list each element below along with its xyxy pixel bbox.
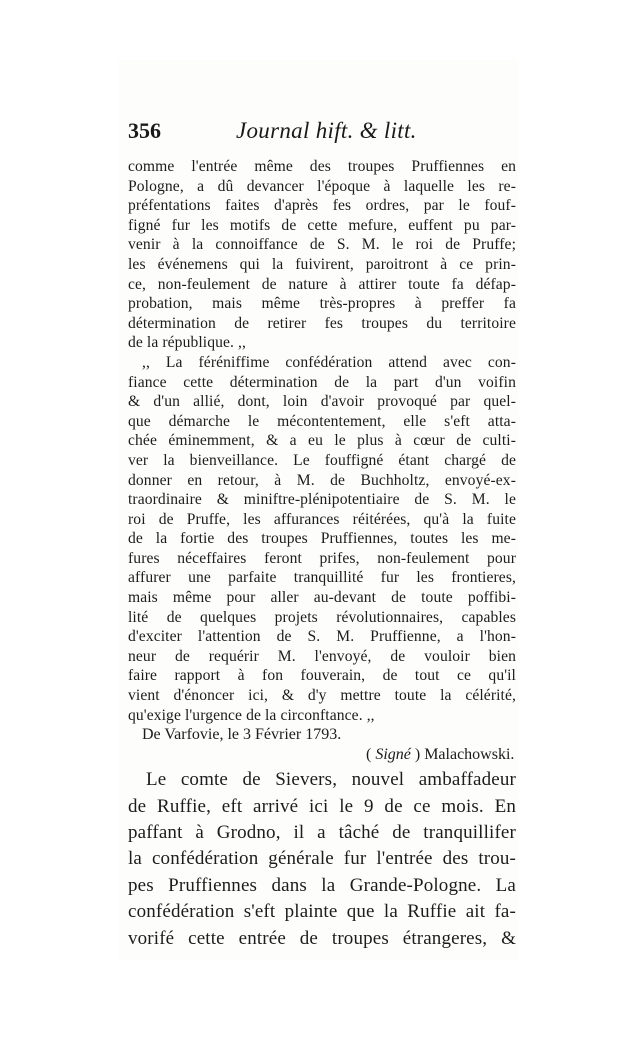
signature-name: Malachowski. bbox=[424, 746, 514, 763]
text-line: & d'un allié, dont, loin d'avoir provoqu… bbox=[128, 392, 516, 412]
text-line: faire rapport à fon fouverain, de tout c… bbox=[128, 666, 516, 686]
text-line: figné fur les motifs de cette mefure, eu… bbox=[128, 216, 516, 236]
text-line: de la fortie des troupes Pruffiennes, to… bbox=[128, 529, 516, 549]
text-line: qu'exige l'urgence de la circonftance. ,… bbox=[128, 706, 516, 726]
text-line: fures néceffaires feront prifes, non-feu… bbox=[128, 549, 516, 569]
running-title: Journal hift. & litt. bbox=[236, 118, 417, 144]
text-line: que démarche le mécontentement, elle s'e… bbox=[128, 412, 516, 432]
running-head: 356 Journal hift. & litt. bbox=[128, 118, 518, 148]
text-line: roi de Pruffe, les affurances réitérées,… bbox=[128, 510, 516, 530]
text-line: la confédération générale fur l'entrée d… bbox=[128, 846, 516, 872]
scanned-page: 356 Journal hift. & litt. comme l'entrée… bbox=[0, 0, 640, 1043]
paragraph-letter-end: comme l'entrée même des troupes Pruffien… bbox=[128, 157, 516, 353]
signature-open-paren: ( bbox=[366, 746, 375, 763]
text-line: de Ruffie, eft arrivé ici le 9 de ce moi… bbox=[128, 794, 516, 820]
text-line: Pologne, a dû devancer l'époque à laquel… bbox=[128, 177, 516, 197]
text-line: ce, non-feulement de nature à attirer to… bbox=[128, 275, 516, 295]
text-line: Le comte de Sievers, nouvel ambaffadeur bbox=[128, 767, 516, 793]
text-line: pes Pruffiennes dans la Grande-Pologne. … bbox=[128, 873, 516, 899]
text-line: de la république. ,, bbox=[128, 333, 516, 353]
text-line: chée éminemment, & a eu le plus à cœur d… bbox=[128, 431, 516, 451]
text-line: probation, mais même très-propres à pref… bbox=[128, 294, 516, 314]
text-line: lité de quelques projets révolutionnaire… bbox=[128, 608, 516, 628]
text-line: comme l'entrée même des troupes Pruffien… bbox=[128, 157, 516, 177]
text-line: vient d'énoncer ici, & d'y mettre toute … bbox=[128, 686, 516, 706]
text-line: neur de requérir M. l'envoyé, de vouloir… bbox=[128, 647, 516, 667]
text-line: ver la bienveillance. Le fouffigné étant… bbox=[128, 451, 516, 471]
body-text: comme l'entrée même des troupes Pruffien… bbox=[128, 157, 516, 952]
text-line: donner en retour, à M. de Buchholtz, env… bbox=[128, 471, 516, 491]
text-line: fiance cette détermination de la part d'… bbox=[128, 373, 516, 393]
text-line: ,, La féréniffime confédération attend a… bbox=[128, 353, 516, 373]
text-line: affurer une parfaite tranquillité fur le… bbox=[128, 568, 516, 588]
text-line: mais même pour aller au-devant de toute … bbox=[128, 588, 516, 608]
text-line: les événemens qui la fuivirent, paroitro… bbox=[128, 255, 516, 275]
dateline: De Varfovie, le 3 Février 1793. bbox=[128, 725, 516, 745]
text-line: paffant à Grodno, il a tâché de tranquil… bbox=[128, 820, 516, 846]
paragraph-sievers-news: Le comte de Sievers, nouvel ambaffadeur … bbox=[128, 767, 516, 952]
text-line: venir à la connoiffance de S. M. le roi … bbox=[128, 235, 516, 255]
paragraph-confederation: ,, La féréniffime confédération attend a… bbox=[128, 353, 516, 725]
signature-signed-label: Signé bbox=[375, 746, 411, 763]
text-line: vorifé cette entrée de troupes étrangere… bbox=[128, 926, 516, 952]
text-line: préfentations faites d'après fes ordres,… bbox=[128, 196, 516, 216]
text-line: traordinaire & miniftre-plénipotentiaire… bbox=[128, 490, 516, 510]
text-line: détermination de retirer fes troupes du … bbox=[128, 314, 516, 334]
text-line: d'exciter l'attention de S. M. Pruffienn… bbox=[128, 627, 516, 647]
page-number: 356 bbox=[128, 118, 161, 144]
signature-close-paren: ) bbox=[411, 746, 424, 763]
signature: ( Signé ) Malachowski. bbox=[128, 745, 516, 765]
text-line: confédération s'eft plainte que la Ruffi… bbox=[128, 899, 516, 925]
